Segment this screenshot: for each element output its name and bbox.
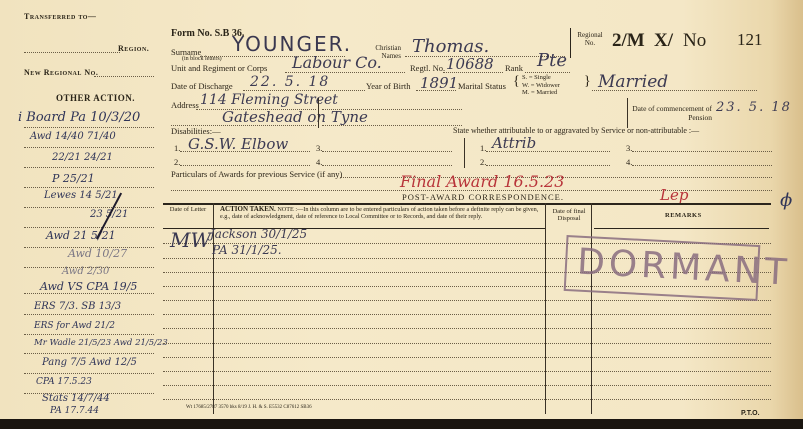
marital-status-value: Married bbox=[598, 72, 668, 92]
christian-names-value: Thomas. bbox=[412, 36, 489, 57]
new-regional-no-line bbox=[94, 76, 154, 77]
address-label: Address bbox=[171, 100, 199, 110]
other-action-entry: Pang 7/5 Awd 12/5 bbox=[42, 357, 137, 368]
final-award-note: Final Award 16.5.23 bbox=[400, 172, 564, 191]
other-action-entry: ERS for Awd 21/2 bbox=[34, 321, 115, 331]
discharge-line bbox=[243, 90, 365, 91]
regional-divider bbox=[570, 28, 571, 58]
dormant-stamp-text: DORMANT bbox=[576, 242, 792, 294]
other-action-entry: Awd 14/40 71/40 bbox=[30, 131, 116, 142]
attributable-label: State whether attributable to or aggrava… bbox=[453, 126, 699, 135]
regional-x: X/ bbox=[654, 30, 673, 52]
other-action-entry: CPA 17.5.23 bbox=[36, 377, 92, 387]
attributable-divider bbox=[464, 138, 465, 168]
row-1-action: Jackson 30/1/25 bbox=[210, 227, 307, 241]
col-header-action: ACTION TAKEN. NOTE :—In this column are … bbox=[220, 206, 542, 220]
brace-right: } bbox=[584, 74, 591, 90]
pto-label: P.T.O. bbox=[741, 410, 760, 417]
region-label: Region. bbox=[118, 44, 149, 53]
header-under-rule-remarks bbox=[594, 228, 769, 229]
marital-option-widower: W. = Widower bbox=[522, 82, 560, 90]
attributable-line-2 bbox=[486, 165, 610, 166]
discharge-label: Date of Discharge bbox=[171, 81, 233, 91]
marital-status-label: Marital Status bbox=[458, 81, 506, 91]
correspondence-title: POST-AWARD CORRESPONDENCE. bbox=[402, 192, 564, 202]
col-divider-3 bbox=[591, 203, 592, 414]
regional-code: 2/M bbox=[612, 30, 645, 52]
birth-year-value: 1891 bbox=[420, 74, 458, 92]
disability-line-2 bbox=[180, 165, 310, 166]
unit-label: Unit and Regiment or Corps bbox=[171, 63, 267, 73]
scan-edge bbox=[0, 419, 803, 429]
other-action-entry: Lewes 14 5/21 bbox=[44, 190, 118, 201]
other-action-entry: ERS 7/3. SB 13/3 bbox=[34, 301, 121, 312]
col-header-action-title: ACTION TAKEN. bbox=[220, 205, 276, 213]
brace-left: { bbox=[513, 74, 520, 90]
attributable-line-3 bbox=[632, 151, 772, 152]
col-header-date-letter: Date of Letter bbox=[165, 206, 211, 213]
printer-imprint: Wt 17685/2787 3570 bks 8/19 J. H. & S. E… bbox=[186, 405, 312, 410]
col-header-remarks: REMARKS bbox=[665, 212, 702, 219]
pension-divider bbox=[627, 98, 628, 128]
unit-value: Labour Co. bbox=[292, 53, 382, 72]
regional-no-sign: No bbox=[683, 30, 706, 52]
regional-number: 121 bbox=[737, 30, 763, 50]
transferred-to-label: Transferred to— bbox=[24, 12, 96, 21]
regtl-no-value: 10688 bbox=[446, 55, 494, 73]
disability-line-4 bbox=[322, 165, 452, 166]
pension-record-card: Transferred to— Region. New Regional No.… bbox=[0, 0, 803, 429]
dormant-stamp: DORMANT bbox=[564, 235, 761, 301]
regtl-no-label: Regtl. No. bbox=[410, 63, 445, 73]
address-value-2: Gateshead on Tyne bbox=[222, 108, 368, 126]
initials-mark: Lep bbox=[660, 186, 688, 204]
address-extra-line-2 bbox=[322, 125, 462, 126]
row-2-action: PA 31/1/25. bbox=[212, 243, 282, 257]
unit-line bbox=[285, 72, 405, 73]
marital-option-married: M. = Married bbox=[522, 89, 560, 97]
region-line bbox=[24, 52, 120, 53]
col-header-date-final: Date of final Disposal bbox=[548, 208, 590, 222]
rank-line bbox=[525, 72, 570, 73]
disability-line-3 bbox=[322, 151, 452, 152]
rank-label: Rank bbox=[505, 63, 523, 73]
discharge-value: 22. 5. 18 bbox=[250, 74, 330, 90]
attributable-line-4 bbox=[632, 165, 772, 166]
birth-year-label: Year of Birth bbox=[366, 81, 410, 91]
address-divider bbox=[318, 98, 319, 128]
other-action-heading: OTHER ACTION. bbox=[56, 93, 135, 103]
attributable-1-value: Attrib bbox=[492, 134, 536, 152]
margin-mark: ϕ bbox=[780, 190, 792, 211]
other-action-entry: 22/21 24/21 bbox=[52, 152, 113, 163]
pension-date-label: Date of commencement of Pension bbox=[632, 104, 712, 122]
previous-awards-label: Particulars of Awards for previous Servi… bbox=[171, 169, 342, 179]
other-action-entry: Awd 21 5/21 bbox=[46, 229, 116, 242]
other-action-entry: Awd 10/27 bbox=[68, 247, 127, 260]
regional-no-label: Regional No. bbox=[576, 31, 604, 47]
col-divider-2 bbox=[545, 203, 546, 414]
marital-options: S. = Single W. = Widower M. = Married bbox=[522, 74, 560, 97]
other-action-entry: Stats 14/7/44 bbox=[42, 393, 110, 404]
other-action-entry: i Board Pa 10/3/20 bbox=[18, 110, 140, 125]
disability-1-value: G.S.W. Elbow bbox=[188, 135, 288, 153]
row-1-date: MW bbox=[170, 228, 211, 252]
other-action-entry: PA 17.7.44 bbox=[50, 406, 99, 416]
pension-date-value: 23. 5. 18 bbox=[716, 100, 792, 115]
other-action-entry: Mr Wadle 21/5/23 Awd 21/5/23 bbox=[34, 338, 168, 348]
other-action-entry: Awd VS CPA 19/5 bbox=[40, 280, 137, 293]
address-extra-line-1 bbox=[322, 109, 462, 110]
new-regional-no-label: New Regional No. bbox=[24, 68, 98, 77]
other-action-entry: P 25/21 bbox=[52, 172, 95, 185]
marital-option-single: S. = Single bbox=[522, 74, 560, 82]
rank-value: Pte bbox=[537, 50, 567, 71]
